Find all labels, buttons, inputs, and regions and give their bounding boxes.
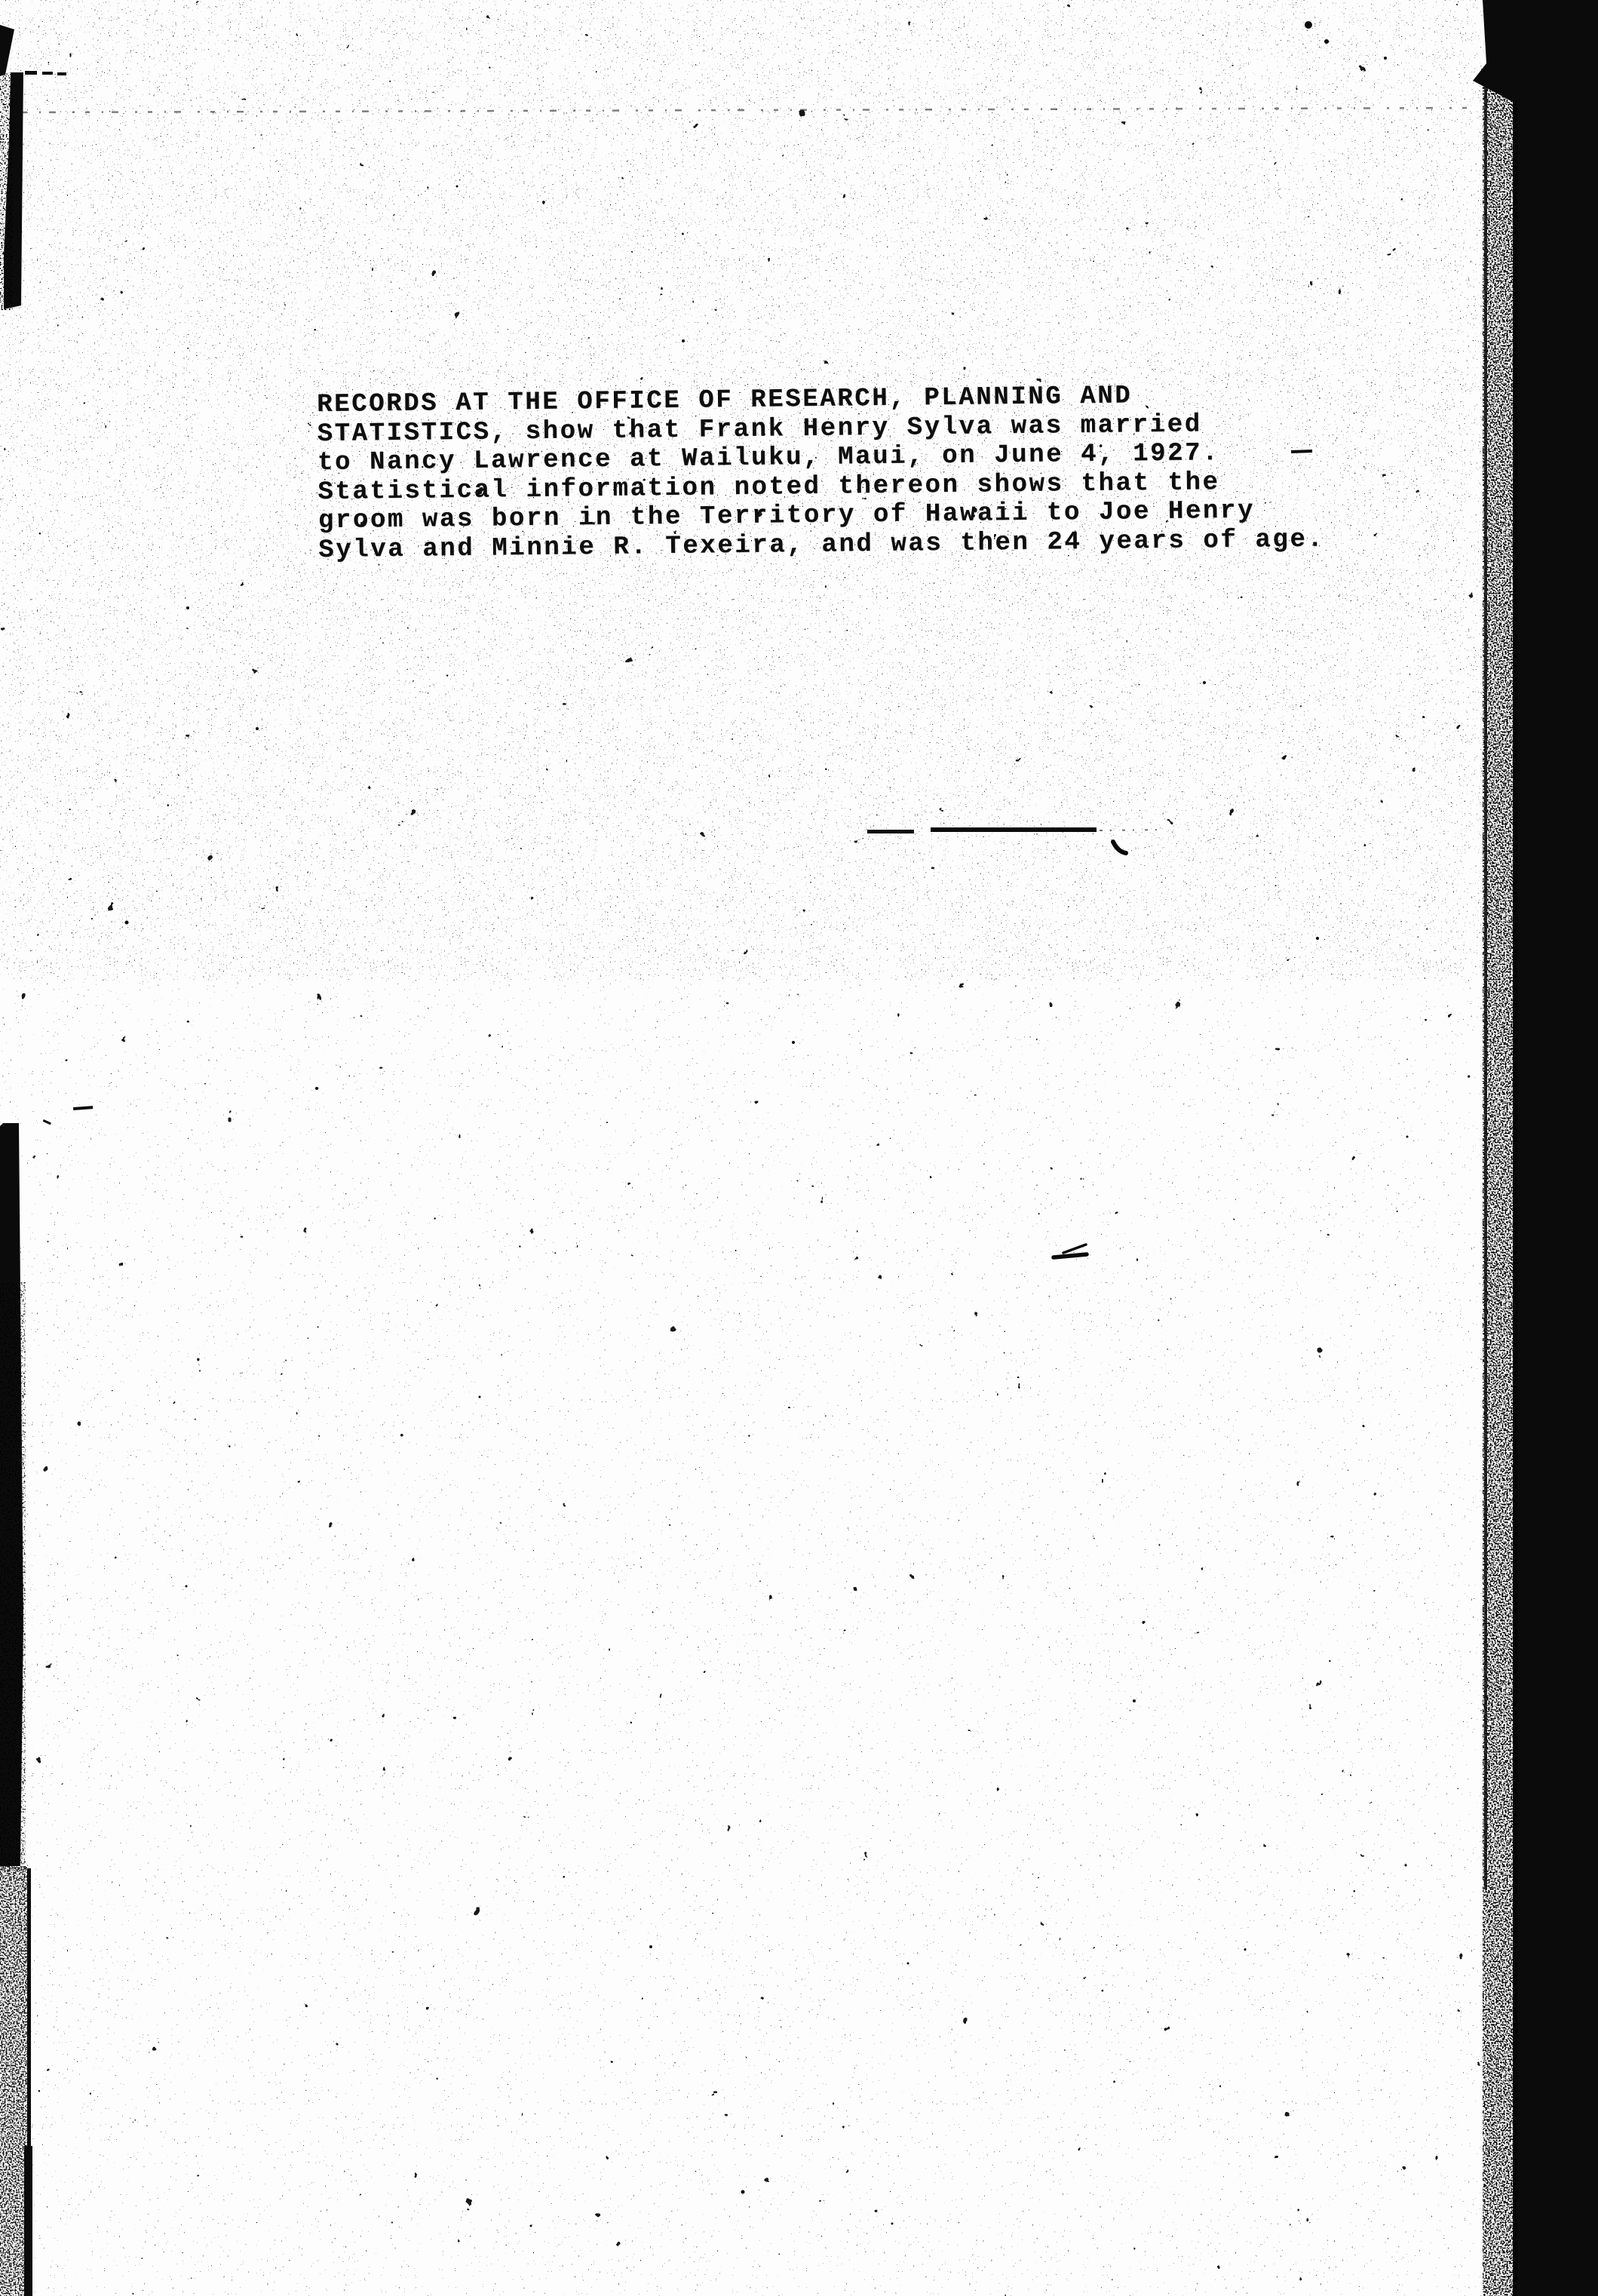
right-black-column <box>1513 0 1598 2296</box>
left-grain-lower <box>0 1282 26 1871</box>
scanned-document-page: RECORDS AT THE OFFICE OF RESEARCH, PLANN… <box>0 0 1598 2296</box>
right-edge-line <box>1484 79 1487 1889</box>
left-bottom-bar <box>24 2146 32 2296</box>
typewritten-paragraph: RECORDS AT THE OFFICE OF RESEARCH, PLANN… <box>317 380 1325 565</box>
scan-edge-right <box>1473 0 1598 2296</box>
scan-artifacts-layer <box>0 0 1598 2296</box>
left-grain-upper <box>0 72 13 310</box>
left-bottom-line <box>27 1868 31 2170</box>
left-grain-bottom <box>0 1866 27 2296</box>
paper-speckle-noise <box>0 0 1598 2296</box>
right-grain-band <box>1483 75 1517 2296</box>
